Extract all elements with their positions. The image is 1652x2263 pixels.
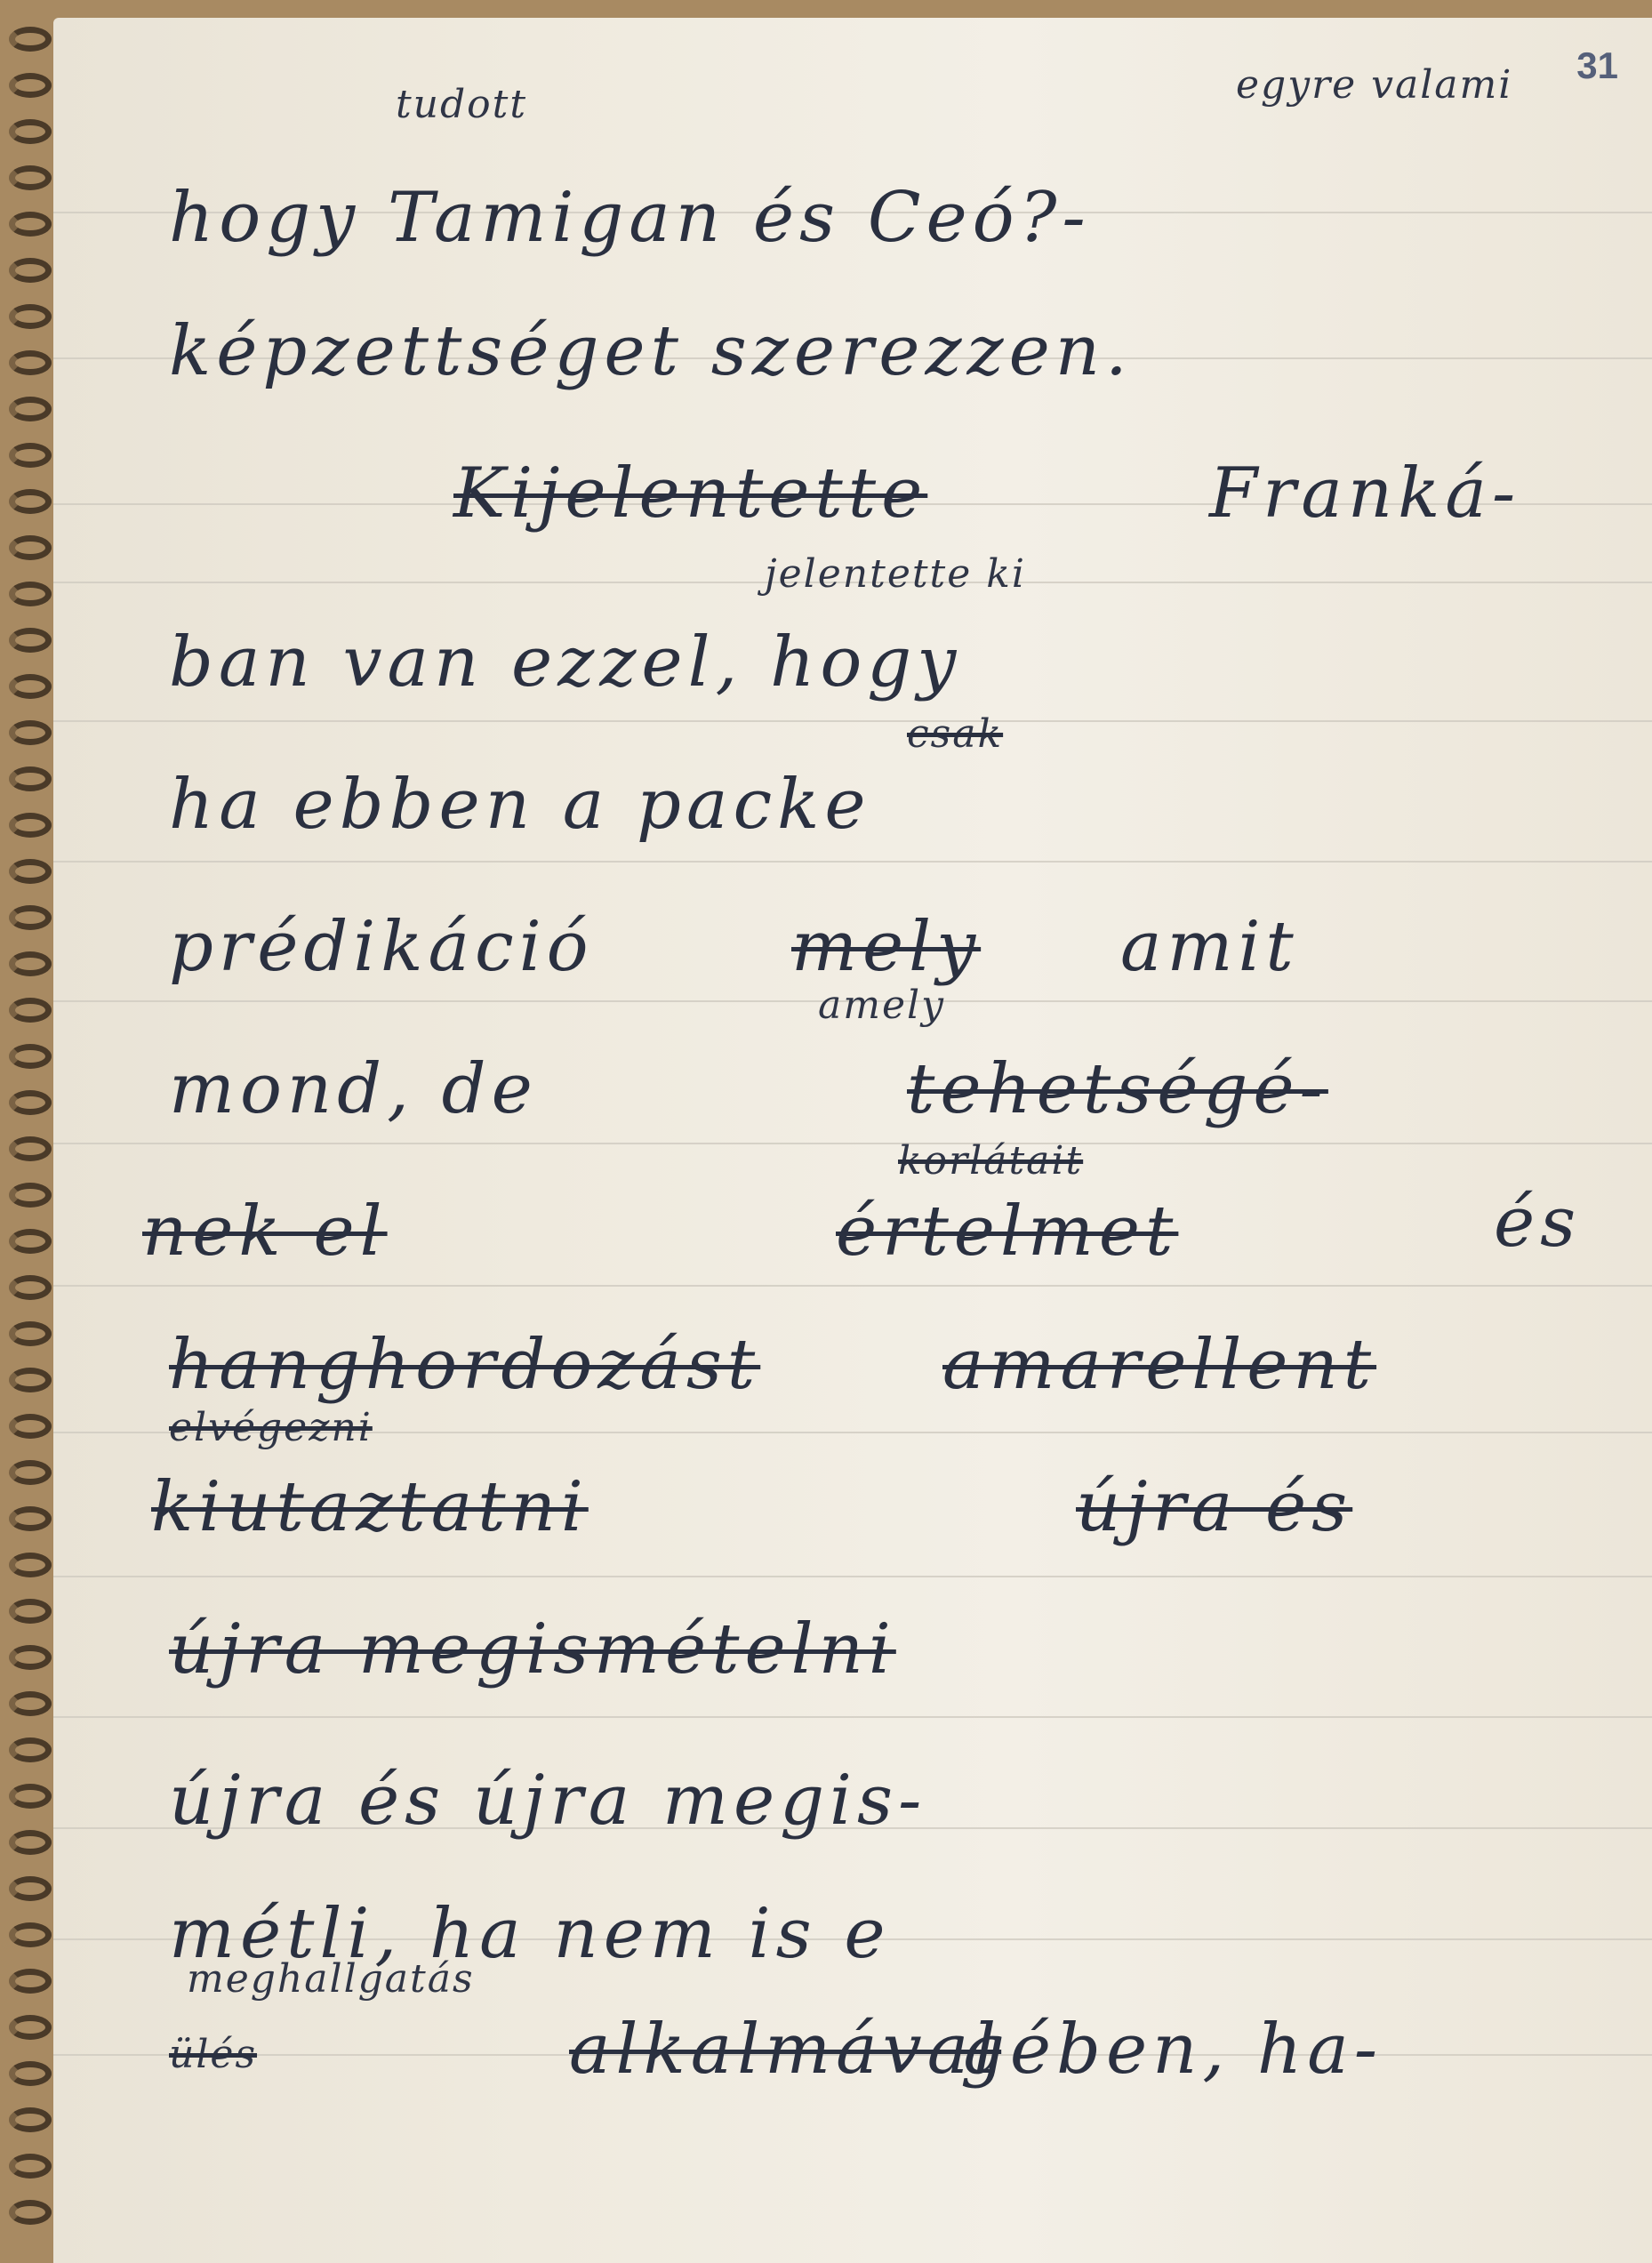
spiral-coil — [9, 443, 52, 468]
manuscript-line: gében, ha- — [960, 2010, 1383, 2090]
insert-annotation: jelentette ki — [765, 551, 1026, 597]
insert-annotation: egyre valami — [1236, 62, 1512, 108]
spiral-coil — [9, 720, 52, 745]
manuscript-line: képzettséget szerezzen. — [169, 311, 1133, 391]
manuscript-line: prédikáció — [169, 907, 594, 987]
spiral-coil — [9, 535, 52, 560]
ruled-line — [53, 1576, 1652, 1577]
struck-word: amarellent — [942, 1325, 1376, 1405]
manuscript-line: hogy Tamigan és Ceó?- — [169, 178, 1091, 258]
spiral-coil — [9, 1599, 52, 1624]
spiral-coil — [9, 1275, 52, 1300]
spiral-coil — [9, 859, 52, 884]
ruled-line — [53, 1143, 1652, 1144]
spiral-coil — [9, 1460, 52, 1485]
spiral-coil — [9, 1737, 52, 1762]
spiral-coil — [9, 304, 52, 329]
struck-word: kiutaztatni — [151, 1467, 589, 1547]
struck-word: ülés — [169, 2032, 257, 2077]
spiral-coil — [9, 951, 52, 976]
struck-word: alkalmával — [569, 2010, 1001, 2090]
spiral-coil — [9, 1321, 52, 1346]
spiral-coil — [9, 2015, 52, 2040]
spiral-coil — [9, 813, 52, 838]
insert-annotation: tudott — [396, 82, 527, 127]
notebook-page: 31 tudott egyre valami hogy Tamigan és C… — [53, 18, 1652, 2263]
spiral-coil — [9, 350, 52, 375]
spiral-coil — [9, 2107, 52, 2132]
spiral-coil — [9, 1876, 52, 1901]
spiral-coil — [9, 1830, 52, 1855]
spiral-coil — [9, 1090, 52, 1115]
spiral-coil — [9, 1229, 52, 1254]
manuscript-line: és — [1494, 1183, 1581, 1263]
spiral-coil — [9, 2200, 52, 2225]
struck-word: Kijelentette — [453, 453, 927, 534]
spiral-coil — [9, 628, 52, 653]
spiral-coil — [9, 489, 52, 514]
spiral-coil — [9, 905, 52, 930]
manuscript-line: mond, de — [169, 1049, 538, 1129]
ruled-line — [53, 861, 1652, 863]
spiral-binding — [9, 27, 62, 2250]
struck-word: értelmet — [836, 1192, 1178, 1272]
spiral-coil — [9, 1044, 52, 1069]
spiral-coil — [9, 1506, 52, 1531]
spiral-coil — [9, 1691, 52, 1716]
spiral-coil — [9, 27, 52, 52]
spiral-coil — [9, 1922, 52, 1947]
spiral-coil — [9, 1784, 52, 1809]
struck-word: nek el — [142, 1192, 388, 1272]
spiral-coil — [9, 582, 52, 606]
spiral-coil — [9, 766, 52, 791]
manuscript-line: amit — [1120, 907, 1299, 987]
ruled-line — [53, 1285, 1652, 1287]
struck-word: korlátait — [898, 1138, 1083, 1184]
spiral-coil — [9, 165, 52, 190]
struck-word: tehetségé- — [907, 1049, 1328, 1129]
manuscript-line: Franká- — [1209, 453, 1520, 534]
struck-word: újra és — [1076, 1467, 1352, 1547]
manuscript-line: újra és újra megis- — [169, 1761, 926, 1841]
spiral-coil — [9, 1553, 52, 1577]
page-number: 31 — [1576, 44, 1618, 87]
spiral-coil — [9, 1183, 52, 1208]
struck-word: újra megismételni — [169, 1609, 896, 1689]
spiral-coil — [9, 1414, 52, 1439]
manuscript-line: ban van ezzel, hogy — [169, 622, 961, 702]
ruled-line — [53, 1716, 1652, 1718]
struck-word: csak — [907, 711, 1003, 757]
spiral-coil — [9, 1645, 52, 1670]
spiral-coil — [9, 258, 52, 283]
ruled-line — [53, 720, 1652, 722]
spiral-coil — [9, 2061, 52, 2086]
spiral-coil — [9, 119, 52, 144]
spiral-coil — [9, 998, 52, 1023]
spiral-coil — [9, 674, 52, 699]
spiral-coil — [9, 1368, 52, 1392]
spiral-coil — [9, 397, 52, 421]
manuscript-line: ha ebben a packe — [169, 765, 871, 845]
spiral-coil — [9, 1136, 52, 1161]
struck-word: mely — [791, 907, 981, 987]
spiral-coil — [9, 212, 52, 237]
struck-word: hanghordozást — [169, 1325, 760, 1405]
insert-annotation: meghallgatás — [187, 1956, 475, 2002]
struck-word: elvégezni — [169, 1405, 373, 1450]
spiral-coil — [9, 73, 52, 98]
spiral-coil — [9, 1969, 52, 1994]
insert-annotation: amely — [818, 983, 945, 1028]
spiral-coil — [9, 2154, 52, 2179]
